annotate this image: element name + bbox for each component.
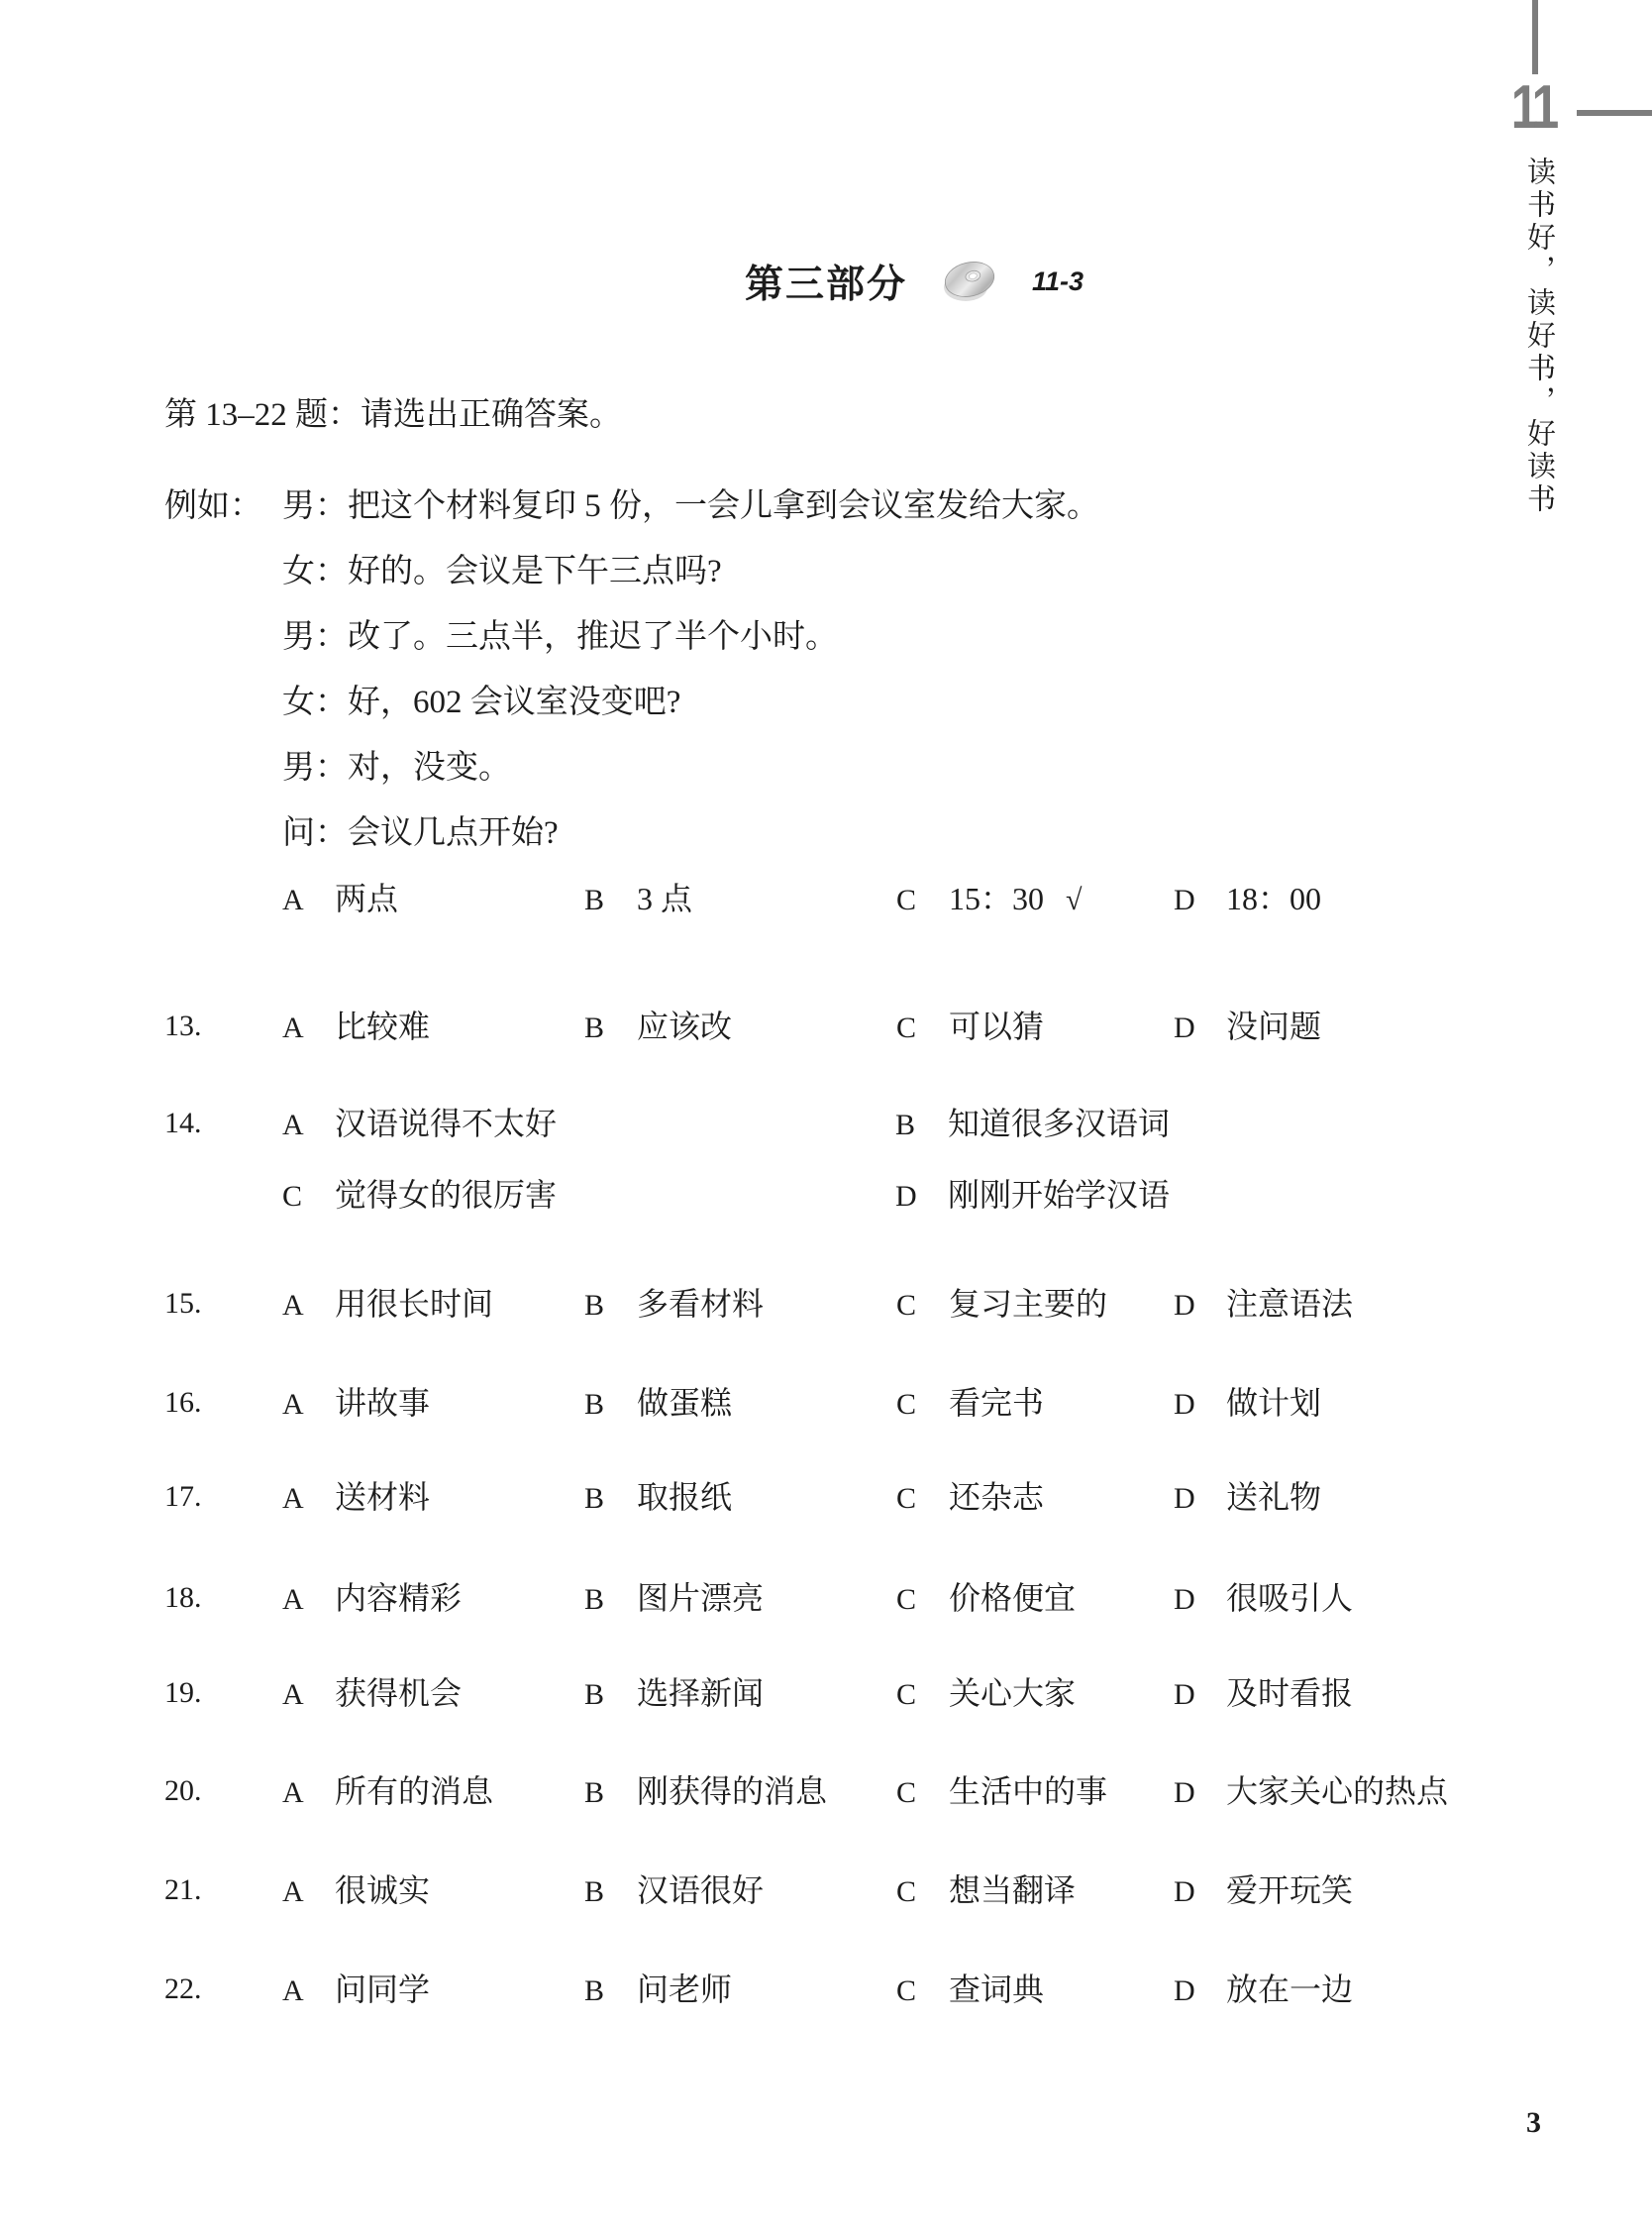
- top-vertical-rule: [1532, 0, 1538, 74]
- question-row: 22. A问同学 B问老师 C查词典 D放在一边: [0, 1967, 1652, 2012]
- option-letter: B: [584, 1283, 637, 1329]
- option: C想当翻译: [896, 1867, 1076, 1915]
- question-number: 13.: [164, 1004, 202, 1049]
- option-letter: B: [584, 1770, 637, 1816]
- option: D做计划: [1174, 1380, 1321, 1428]
- option: D刚刚开始学汉语: [895, 1172, 1170, 1220]
- question-number: 17.: [164, 1474, 202, 1520]
- option-letter: B: [895, 1103, 948, 1148]
- option: B3 点: [584, 876, 692, 923]
- option-text: 问同学: [335, 1972, 430, 2007]
- option: C还杂志: [896, 1474, 1044, 1522]
- question-number: 20.: [164, 1768, 202, 1814]
- example-options-row: A两点 B3 点 C15：30√ D18：00: [0, 876, 1652, 921]
- option-text: 3 点: [637, 881, 692, 916]
- option-letter: D: [1174, 878, 1226, 923]
- option-letter: A: [282, 1577, 335, 1623]
- option-text: 送材料: [335, 1479, 430, 1515]
- option-text: 放在一边: [1226, 1972, 1353, 2007]
- option-text: 两点: [335, 881, 398, 916]
- option-letter: B: [584, 1006, 637, 1051]
- option: B问老师: [584, 1967, 732, 2014]
- question-row: 15. A用很长时间 B多看材料 C复习主要的 D注意语法: [0, 1281, 1652, 1327]
- option-text: 很诚实: [335, 1872, 430, 1908]
- option-letter: D: [1174, 1476, 1226, 1522]
- option-letter: C: [896, 1006, 949, 1051]
- option: A两点: [282, 876, 398, 923]
- option-text: 复习主要的: [949, 1286, 1107, 1322]
- dialogue-text: 女：好的。会议是下午三点吗?: [282, 554, 722, 589]
- option-letter: C: [896, 1577, 949, 1623]
- option: B做蛋糕: [584, 1380, 732, 1428]
- option: A汉语说得不太好: [282, 1101, 557, 1148]
- option-text: 做计划: [1226, 1385, 1321, 1421]
- section-title-row: 第三部分 11: [745, 254, 1084, 309]
- question-row: 13. A比较难 B应该改 C可以猜 D没问题: [0, 1004, 1652, 1049]
- option: D送礼物: [1174, 1474, 1321, 1522]
- chapter-number: 11: [1505, 77, 1561, 139]
- chapter-motto-vertical-text: 读书好，读好书，好读书: [1519, 157, 1560, 516]
- question-row: 18. A内容精彩 B图片漂亮 C价格便宜 D很吸引人: [0, 1575, 1652, 1621]
- option: C看完书: [896, 1380, 1044, 1428]
- option-letter: A: [282, 1103, 335, 1148]
- option-letter: C: [896, 1770, 949, 1816]
- option-letter: D: [1174, 1577, 1226, 1623]
- dialogue-text: 问：会议几点开始?: [282, 815, 559, 851]
- option-letter: B: [584, 1969, 637, 2014]
- dialogue-line: 问：会议几点开始?: [164, 800, 1099, 866]
- option-text: 查词典: [949, 1972, 1044, 2007]
- option: A比较难: [282, 1004, 430, 1051]
- option: A讲故事: [282, 1380, 430, 1428]
- directions-text: 第 13–22 题：请选出正确答案。: [164, 388, 622, 435]
- dialogue-line: 男：对，没变。: [164, 735, 1099, 800]
- dialogue-text: 男：对，没变。: [282, 750, 511, 786]
- option-text: 还杂志: [949, 1479, 1044, 1515]
- option: D注意语法: [1174, 1281, 1353, 1329]
- option-text: 讲故事: [335, 1385, 430, 1421]
- option: A获得机会: [282, 1670, 462, 1718]
- dialogue-line: 男：改了。三点半，推迟了半个小时。: [164, 604, 1099, 670]
- question-number: 16.: [164, 1380, 202, 1426]
- option-letter: C: [896, 1672, 949, 1718]
- option-text: 看完书: [949, 1385, 1044, 1421]
- option: D放在一边: [1174, 1967, 1353, 2014]
- option: B刚获得的消息: [584, 1768, 827, 1816]
- option-letter: D: [1174, 1770, 1226, 1816]
- option-text: 应该改: [637, 1009, 732, 1044]
- check-mark: √: [1066, 884, 1082, 916]
- option-text: 汉语很好: [637, 1872, 764, 1908]
- option-text: 生活中的事: [949, 1773, 1107, 1809]
- option: A用很长时间: [282, 1281, 493, 1329]
- option-text: 问老师: [637, 1972, 732, 2007]
- question-number: 19.: [164, 1670, 202, 1716]
- option-letter: D: [1174, 1969, 1226, 2014]
- option: C15：30√: [896, 876, 1082, 923]
- option-letter: A: [282, 1672, 335, 1718]
- option: C关心大家: [896, 1670, 1076, 1718]
- option-letter: D: [1174, 1672, 1226, 1718]
- option: D很吸引人: [1174, 1575, 1353, 1623]
- option-letter: B: [584, 878, 637, 923]
- option-letter: B: [584, 1476, 637, 1522]
- question-number: 14.: [164, 1101, 202, 1146]
- option: D大家关心的热点: [1174, 1768, 1448, 1816]
- option-text: 大家关心的热点: [1226, 1773, 1448, 1809]
- option-letter: A: [282, 1476, 335, 1522]
- option: A内容精彩: [282, 1575, 462, 1623]
- option: A很诚实: [282, 1867, 430, 1915]
- option-letter: D: [1174, 1006, 1226, 1051]
- option-text: 送礼物: [1226, 1479, 1321, 1515]
- option: B选择新闻: [584, 1670, 764, 1718]
- option-letter: A: [282, 1283, 335, 1329]
- option-text: 18：00: [1226, 881, 1321, 916]
- question-row-continued: C觉得女的很厉害 D刚刚开始学汉语: [0, 1172, 1652, 1218]
- question-row: 14. A汉语说得不太好 B知道很多汉语词: [0, 1101, 1652, 1146]
- option-text: 爱开玩笑: [1226, 1872, 1353, 1908]
- option-letter: C: [896, 1869, 949, 1915]
- option: B图片漂亮: [584, 1575, 764, 1623]
- option: B汉语很好: [584, 1867, 764, 1915]
- option-text: 想当翻译: [949, 1872, 1076, 1908]
- dialogue-text: 男：改了。三点半，推迟了半个小时。: [282, 619, 838, 655]
- option-letter: A: [282, 1382, 335, 1428]
- option: C复习主要的: [896, 1281, 1107, 1329]
- audio-track-label: 11-3: [1032, 266, 1084, 297]
- page-number: 3: [1526, 2106, 1541, 2140]
- option-text: 汉语说得不太好: [335, 1106, 557, 1141]
- option-text: 用很长时间: [335, 1286, 493, 1322]
- textbook-page: 11 读书好，读好书，好读书 第三部分: [0, 0, 1652, 2238]
- question-number: 18.: [164, 1575, 202, 1621]
- option-text: 内容精彩: [335, 1580, 462, 1616]
- option-letter: C: [896, 1969, 949, 2014]
- question-row: 17. A送材料 B取报纸 C还杂志 D送礼物: [0, 1474, 1652, 1520]
- example-block: 例如：男：把这个材料复印 5 份，一会儿拿到会议室发给大家。 女：好的。会议是下…: [164, 474, 1099, 866]
- option-text: 刚刚开始学汉语: [948, 1177, 1170, 1213]
- option-letter: C: [896, 1476, 949, 1522]
- option: C觉得女的很厉害: [282, 1172, 557, 1220]
- option-letter: A: [282, 878, 335, 923]
- question-number: 15.: [164, 1281, 202, 1327]
- option-letter: D: [1174, 1869, 1226, 1915]
- option: A问同学: [282, 1967, 430, 2014]
- option: A所有的消息: [282, 1768, 493, 1816]
- option-text: 知道很多汉语词: [948, 1106, 1170, 1141]
- dialogue-line: 例如：男：把这个材料复印 5 份，一会儿拿到会议室发给大家。: [164, 474, 1099, 539]
- option: D没问题: [1174, 1004, 1321, 1051]
- option-text: 注意语法: [1226, 1286, 1353, 1322]
- chapter-horizontal-rule: [1577, 110, 1652, 116]
- option: C查词典: [896, 1967, 1044, 2014]
- option-text: 取报纸: [637, 1479, 732, 1515]
- option-letter: B: [584, 1382, 637, 1428]
- option-text: 很吸引人: [1226, 1580, 1353, 1616]
- option: D爱开玩笑: [1174, 1867, 1353, 1915]
- option: B多看材料: [584, 1281, 764, 1329]
- option-text: 觉得女的很厉害: [335, 1177, 557, 1213]
- option-text: 关心大家: [949, 1675, 1076, 1711]
- option-letter: A: [282, 1006, 335, 1051]
- option: B应该改: [584, 1004, 732, 1051]
- dialogue-line: 女：好的。会议是下午三点吗?: [164, 539, 1099, 604]
- question-row: 21. A很诚实 B汉语很好 C想当翻译 D爱开玩笑: [0, 1867, 1652, 1913]
- option: C价格便宜: [896, 1575, 1076, 1623]
- option: D18：00: [1174, 876, 1321, 923]
- option: B取报纸: [584, 1474, 732, 1522]
- option-text: 比较难: [335, 1009, 430, 1044]
- option-text: 多看材料: [637, 1286, 764, 1322]
- option-letter: C: [896, 1382, 949, 1428]
- question-row: 20. A所有的消息 B刚获得的消息 C生活中的事 D大家关心的热点: [0, 1768, 1652, 1814]
- option: B知道很多汉语词: [895, 1101, 1170, 1148]
- question-number: 22.: [164, 1967, 202, 2012]
- option-letter: D: [1174, 1382, 1226, 1428]
- option-letter: D: [1174, 1283, 1226, 1329]
- option-text: 刚获得的消息: [637, 1773, 827, 1809]
- dialogue-text: 女：好，602 会议室没变吧?: [282, 685, 680, 720]
- option-letter: B: [584, 1672, 637, 1718]
- option-text: 所有的消息: [335, 1773, 493, 1809]
- example-label: 例如：: [164, 474, 282, 539]
- option-letter: A: [282, 1770, 335, 1816]
- option-letter: A: [282, 1869, 335, 1915]
- option-text: 选择新闻: [637, 1675, 764, 1711]
- dialogue-text: 男：把这个材料复印 5 份，一会儿拿到会议室发给大家。: [282, 488, 1099, 524]
- section-title: 第三部分: [745, 254, 907, 309]
- option: D及时看报: [1174, 1670, 1353, 1718]
- cd-icon: [943, 256, 996, 307]
- option-letter: C: [896, 878, 949, 923]
- option-letter: B: [584, 1869, 637, 1915]
- dialogue-line: 女：好，602 会议室没变吧?: [164, 670, 1099, 735]
- option-text: 图片漂亮: [637, 1580, 764, 1616]
- option-text: 15：30: [949, 881, 1044, 916]
- option-text: 及时看报: [1226, 1675, 1353, 1711]
- option-text: 做蛋糕: [637, 1385, 732, 1421]
- option-letter: C: [282, 1174, 335, 1220]
- option-text: 可以猜: [949, 1009, 1044, 1044]
- option-letter: D: [895, 1174, 948, 1220]
- option: A送材料: [282, 1474, 430, 1522]
- option-text: 获得机会: [335, 1675, 462, 1711]
- option-letter: A: [282, 1969, 335, 2014]
- option-letter: C: [896, 1283, 949, 1329]
- option: C可以猜: [896, 1004, 1044, 1051]
- option-text: 价格便宜: [949, 1580, 1076, 1616]
- option-text: 没问题: [1226, 1009, 1321, 1044]
- option: C生活中的事: [896, 1768, 1107, 1816]
- option-letter: B: [584, 1577, 637, 1623]
- question-row: 19. A获得机会 B选择新闻 C关心大家 D及时看报: [0, 1670, 1652, 1716]
- question-number: 21.: [164, 1867, 202, 1913]
- question-row: 16. A讲故事 B做蛋糕 C看完书 D做计划: [0, 1380, 1652, 1426]
